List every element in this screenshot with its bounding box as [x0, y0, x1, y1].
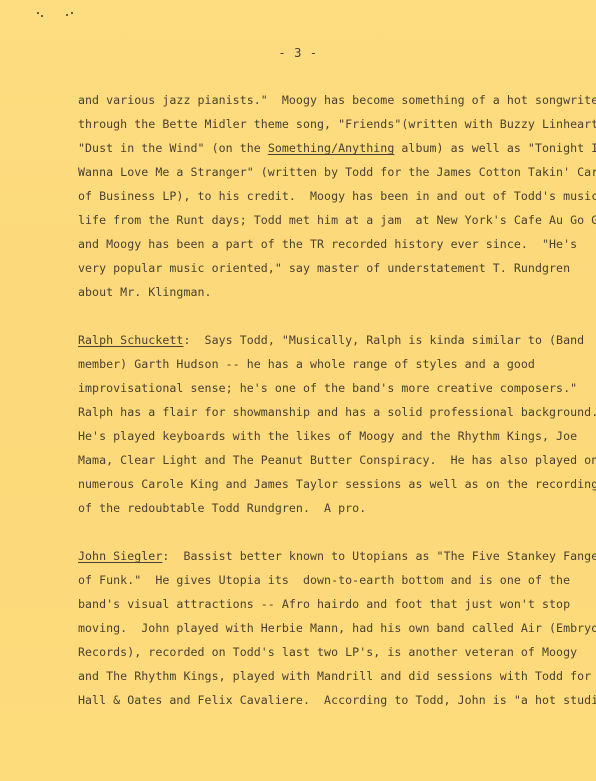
- text-line: through the Bette Midler theme song, "Fr…: [78, 112, 548, 136]
- text-line: of Business LP), to his credit. Moogy ha…: [78, 184, 548, 208]
- underlined-text: Ralph Schuckett: [78, 333, 183, 347]
- text-line: life from the Runt days; Todd met him at…: [78, 208, 548, 232]
- speck: [66, 14, 68, 16]
- text-line: numerous Carole King and James Taylor se…: [78, 472, 548, 496]
- text-run: band's visual attractions -- Afro hairdo…: [78, 597, 570, 611]
- text-line: Mama, Clear Light and The Peanut Butter …: [78, 448, 548, 472]
- text-run: album) as well as "Tonight I: [394, 141, 596, 155]
- scan-specks: [34, 11, 84, 19]
- text-run: : Bassist better known to Utopians as "T…: [162, 549, 596, 563]
- text-run: of Funk." He gives Utopia its down-to-ea…: [78, 573, 570, 587]
- body-text: and various jazz pianists." Moogy has be…: [78, 88, 548, 712]
- text-line: and The Rhythm Kings, played with Mandri…: [78, 664, 548, 688]
- paragraph-moogy-continued: and various jazz pianists." Moogy has be…: [78, 88, 548, 304]
- text-line: of Funk." He gives Utopia its down-to-ea…: [78, 568, 548, 592]
- text-run: member) Garth Hudson -- he has a whole r…: [78, 357, 535, 371]
- text-line: of the redoubtable Todd Rundgren. A pro.: [78, 496, 548, 520]
- text-line: moving. John played with Herbie Mann, ha…: [78, 616, 548, 640]
- speck: [41, 15, 43, 17]
- speck: [71, 12, 73, 14]
- text-line: Records), recorded on Todd's last two LP…: [78, 640, 548, 664]
- text-run: moving. John played with Herbie Mann, ha…: [78, 621, 596, 635]
- underlined-text: John Siegler: [78, 549, 162, 563]
- text-run: Hall & Oates and Felix Cavaliere. Accord…: [78, 693, 596, 707]
- text-run: of Business LP), to his credit. Moogy ha…: [78, 189, 596, 203]
- paragraph-gap: [78, 520, 548, 544]
- text-run: through the Bette Midler theme song, "Fr…: [78, 117, 596, 131]
- text-line: Ralph Schuckett: Says Todd, "Musically, …: [78, 328, 548, 352]
- text-line: about Mr. Klingman.: [78, 280, 548, 304]
- paragraph-john-siegler: John Siegler: Bassist better known to Ut…: [78, 544, 548, 712]
- speck: [37, 12, 39, 14]
- text-run: Wanna Love Me a Stranger" (written by To…: [78, 165, 596, 179]
- text-run: very popular music oriented," say master…: [78, 261, 570, 275]
- text-run: "Dust in the Wind" (on the: [78, 141, 268, 155]
- text-run: improvisational sense; he's one of the b…: [78, 381, 577, 395]
- text-line: very popular music oriented," say master…: [78, 256, 548, 280]
- text-line: Ralph has a flair for showmanship and ha…: [78, 400, 548, 424]
- text-run: numerous Carole King and James Taylor se…: [78, 477, 596, 491]
- text-line: Hall & Oates and Felix Cavaliere. Accord…: [78, 688, 548, 712]
- document-page: - 3 - and various jazz pianists." Moogy …: [0, 0, 596, 781]
- text-run: : Says Todd, "Musically, Ralph is kinda …: [183, 333, 584, 347]
- text-run: Mama, Clear Light and The Peanut Butter …: [78, 453, 596, 467]
- text-run: life from the Runt days; Todd met him at…: [78, 213, 596, 227]
- text-line: John Siegler: Bassist better known to Ut…: [78, 544, 548, 568]
- text-line: Wanna Love Me a Stranger" (written by To…: [78, 160, 548, 184]
- text-run: and various jazz pianists." Moogy has be…: [78, 93, 596, 107]
- paragraph-gap: [78, 304, 548, 328]
- paragraph-ralph-schuckett: Ralph Schuckett: Says Todd, "Musically, …: [78, 328, 548, 520]
- text-run: and The Rhythm Kings, played with Mandri…: [78, 669, 591, 683]
- text-run: of the redoubtable Todd Rundgren. A pro.: [78, 501, 366, 515]
- text-line: member) Garth Hudson -- he has a whole r…: [78, 352, 548, 376]
- page-number: - 3 -: [0, 46, 596, 60]
- text-line: improvisational sense; he's one of the b…: [78, 376, 548, 400]
- text-line: He's played keyboards with the likes of …: [78, 424, 548, 448]
- text-run: about Mr. Klingman.: [78, 285, 212, 299]
- text-line: and various jazz pianists." Moogy has be…: [78, 88, 548, 112]
- text-line: and Moogy has been a part of the TR reco…: [78, 232, 548, 256]
- text-run: Records), recorded on Todd's last two LP…: [78, 645, 577, 659]
- underlined-text: Something/Anything: [268, 141, 395, 155]
- text-run: Ralph has a flair for showmanship and ha…: [78, 405, 596, 419]
- text-line: band's visual attractions -- Afro hairdo…: [78, 592, 548, 616]
- text-line: "Dust in the Wind" (on the Something/Any…: [78, 136, 548, 160]
- text-run: and Moogy has been a part of the TR reco…: [78, 237, 577, 251]
- text-run: He's played keyboards with the likes of …: [78, 429, 577, 443]
